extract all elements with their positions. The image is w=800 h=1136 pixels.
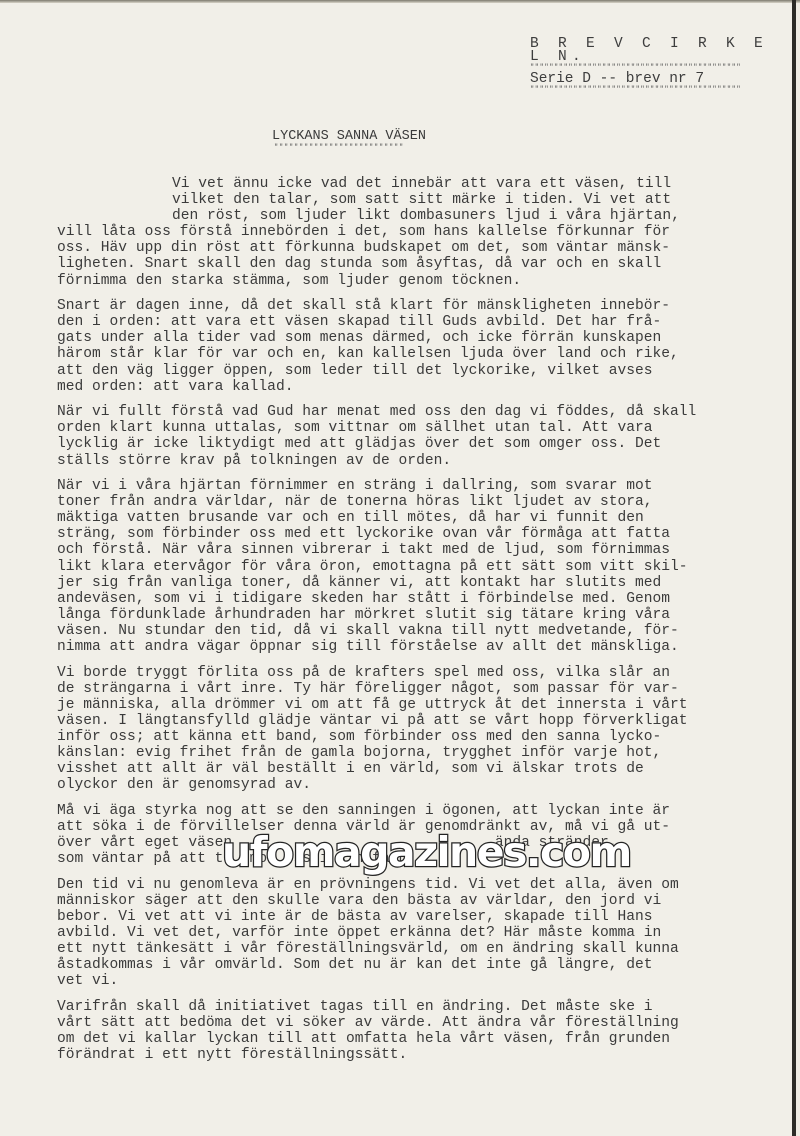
paragraph: När vi fullt förstå vad Gud har menat me… — [57, 404, 797, 468]
publication-name: B R E V C I R K E L N. — [530, 38, 796, 64]
text-line: och förstå. När våra sinnen vibrerar i t… — [57, 542, 797, 558]
text-line: jer sig från vanliga toner, då känner vi… — [57, 575, 797, 591]
document-body: Vi vet ännu icke vad det innebär att var… — [57, 176, 797, 1073]
text-line: härom står klar för var och en, kan kall… — [57, 346, 797, 362]
text-line: känslan: evig frihet från de gamla bojor… — [57, 745, 797, 761]
text-line: den röst, som ljuder likt dombasuners lj… — [57, 208, 797, 224]
text-line: nimma att andra vägar öppnar sig till fö… — [57, 639, 797, 655]
text-line: Vi borde tryggt förlita oss på de krafte… — [57, 665, 797, 681]
text-line: gats under alla tider vad som menas därm… — [57, 330, 797, 346]
text-line: den i orden: att vara ett väsen skapad t… — [57, 314, 797, 330]
text-line: vill låta oss förstå innebörden i det, s… — [57, 224, 797, 240]
text-line: När vi i våra hjärtan förnimmer en strän… — [57, 478, 797, 494]
scan-top-edge — [0, 0, 800, 3]
paragraph: Varifrån skall då initiativet tagas till… — [57, 999, 797, 1063]
text-line: Vi vet ännu icke vad det innebär att var… — [57, 176, 797, 192]
paragraph: Vi vet ännu icke vad det innebär att var… — [57, 176, 797, 289]
text-line: väsen. I längtansfylld glädje väntar vi … — [57, 713, 797, 729]
text-line: sträng, som förbinder oss med ett lyckor… — [57, 526, 797, 542]
text-line: orden klart kunna uttalas, som vittnar o… — [57, 420, 797, 436]
text-line: mäktiga vatten brusande var och en till … — [57, 510, 797, 526]
letter-header: B R E V C I R K E L N. """""""""""""""""… — [530, 38, 796, 95]
text-line: om det vi kallar lyckan till att omfatta… — [57, 1031, 797, 1047]
text-line: avbild. Vi vet det, varför inte öppet er… — [57, 925, 797, 941]
text-line: ligheten. Snart skall den dag stunda som… — [57, 256, 797, 272]
text-line: förnimma den starka stämma, som ljuder g… — [57, 273, 797, 289]
typewritten-page: B R E V C I R K E L N. """""""""""""""""… — [0, 0, 796, 1136]
text-line: de strängarna i vårt inre. Ty här föreli… — [57, 681, 797, 697]
text-line: Varifrån skall då initiativet tagas till… — [57, 999, 797, 1015]
text-line: När vi fullt förstå vad Gud har menat me… — [57, 404, 797, 420]
text-line: vet vi. — [57, 973, 797, 989]
text-line: människor säger att den skulle vara den … — [57, 893, 797, 909]
text-line: likt klara etervågor för våra öron, emot… — [57, 559, 797, 575]
title-underline-marks: """""""""""""""""""""""""" — [274, 144, 426, 153]
text-line: visshet att allt är väl beställt i en vä… — [57, 761, 797, 777]
text-line: väsen. Nu stundar den tid, då vi skall v… — [57, 623, 797, 639]
text-line: je människa, alla drömmer vi om att få g… — [57, 697, 797, 713]
paragraph: Snart är dagen inne, då det skall stå kl… — [57, 298, 797, 395]
paragraph: Vi borde tryggt förlita oss på de krafte… — [57, 665, 797, 794]
text-line: inför oss; att känna ett band, som förbi… — [57, 729, 797, 745]
text-line: Den tid vi nu genomleva är en prövningen… — [57, 877, 797, 893]
text-line: långa fördunklade århundraden har mörkre… — [57, 607, 797, 623]
watermark: ufomagazines.com — [222, 830, 631, 874]
paragraph: Den tid vi nu genomleva är en prövningen… — [57, 877, 797, 990]
document-title: LYCKANS SANNA VÄSEN — [272, 130, 426, 144]
series-underline-marks: """"""""""""""""""""""""""""""""""""""""… — [530, 86, 796, 95]
text-line: vårt sätt att bedöma det vi söker av vär… — [57, 1015, 797, 1031]
text-line: lycklig är icke liktydigt med att glädja… — [57, 436, 797, 452]
text-line: ett nytt tänkesätt i vår föreställningsv… — [57, 941, 797, 957]
paragraph: När vi i våra hjärtan förnimmer en strän… — [57, 478, 797, 655]
text-line: med orden: att vara kallad. — [57, 379, 797, 395]
text-line: förändrat i ett nytt föreställningssätt. — [57, 1047, 797, 1063]
text-line: bebor. Vi vet att vi inte är de bästa av… — [57, 909, 797, 925]
text-line: toner från andra världar, när de tonerna… — [57, 494, 797, 510]
text-line: åstadkommas i vår omvärld. Som det nu är… — [57, 957, 797, 973]
text-line: Må vi äga styrka nog att se den sanninge… — [57, 803, 797, 819]
text-line: olyckor den är genomsyrad av. — [57, 777, 797, 793]
document-title-block: LYCKANS SANNA VÄSEN """"""""""""""""""""… — [272, 130, 426, 153]
text-line: ställs större krav på tolkningen av de o… — [57, 453, 797, 469]
series-number: Serie D -- brev nr 7 — [530, 73, 796, 86]
text-line: Snart är dagen inne, då det skall stå kl… — [57, 298, 797, 314]
text-line: oss. Häv upp din röst att förkunna budsk… — [57, 240, 797, 256]
text-line: andeväsen, som vi i tidigare skeden har … — [57, 591, 797, 607]
text-line: att den väg ligger öppen, som leder till… — [57, 363, 797, 379]
text-line: vilket den talar, som satt sitt märke i … — [57, 192, 797, 208]
